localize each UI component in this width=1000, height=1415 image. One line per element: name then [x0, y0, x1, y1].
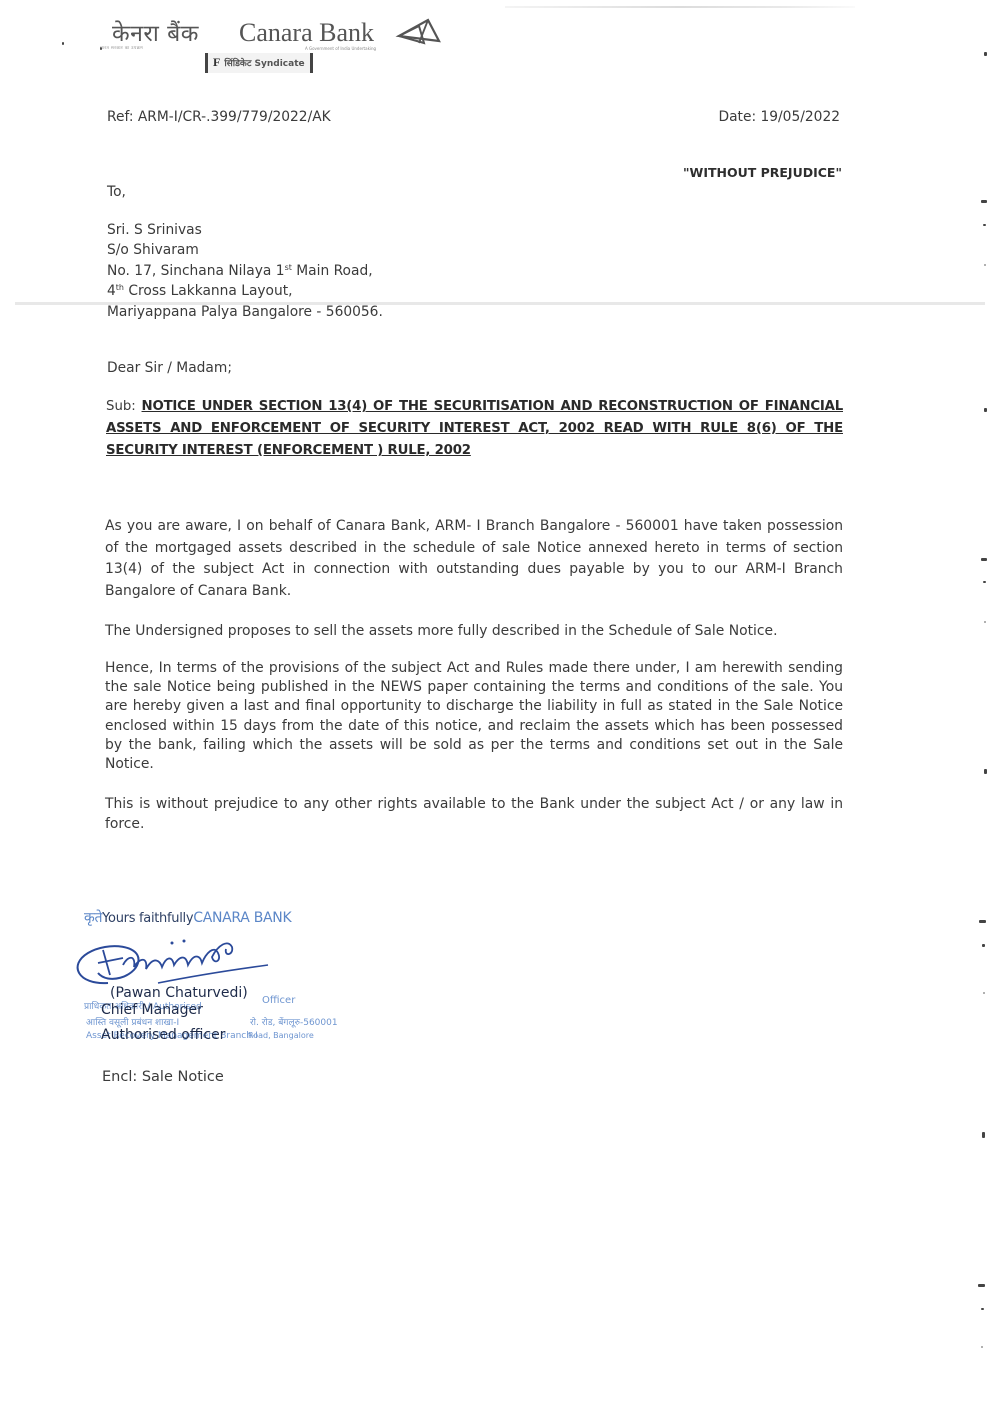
- syndicate-label-hindi: सिंडिकेट: [224, 59, 251, 69]
- subject-line: Sub: NOTICE UNDER SECTION 13(4) OF THE S…: [106, 396, 843, 462]
- syndicate-badge: Fसिंडिकेट Syndicate: [205, 53, 313, 73]
- stamp-bank: CANARA BANK: [193, 910, 291, 926]
- reference-number: Ref: ARM-I/CR-.399/779/2022/AK: [107, 107, 331, 128]
- letter-date: Date: 19/05/2022: [718, 107, 840, 128]
- stamp-line-3-right: Road, Bangalore: [248, 1031, 314, 1040]
- salutation: Dear Sir / Madam;: [107, 358, 232, 379]
- canara-bank-logo-icon: [395, 17, 441, 47]
- subject-text: NOTICE UNDER SECTION 13(4) OF THE SECURI…: [106, 399, 843, 458]
- bank-name-english: Canara Bank: [239, 18, 374, 48]
- closing: Yours faithfully: [102, 911, 193, 926]
- signatory-designation: Chief Manager: [101, 1002, 203, 1018]
- bank-tagline-hindi: भारत सरकार का उपक्रम: [100, 45, 143, 51]
- bank-tagline-english: A Government of India Undertaking: [305, 46, 376, 51]
- signatory-role: Authorised officer: [101, 1027, 225, 1043]
- recipient-relation: S/o Shivaram: [107, 240, 383, 260]
- scan-artifact-top: [505, 6, 855, 8]
- to-label: To,: [107, 182, 126, 203]
- signatory-name: (Pawan Chaturvedi): [110, 985, 248, 1001]
- body-paragraph-4: This is without prejudice to any other r…: [105, 795, 843, 834]
- address-line-3: Mariyappana Palya Bangalore - 560056.: [107, 302, 383, 322]
- bank-name-hindi: केनरा बैंक: [112, 16, 199, 48]
- stamp-line-2-right: रो. रोड, बेंगलूरु-560001: [250, 1015, 338, 1028]
- body-paragraph-2: The Undersigned proposes to sell the ass…: [105, 621, 843, 643]
- subject-prefix: Sub:: [106, 399, 142, 414]
- syndicate-f-icon: F: [213, 55, 220, 69]
- without-prejudice-marking: "WITHOUT PREJUDICE": [683, 165, 842, 180]
- body-paragraph-3: Hence, In terms of the provisions of the…: [105, 659, 843, 774]
- syndicate-label-english: Syndicate: [255, 59, 305, 69]
- recipient-name: Sri. S Srinivas: [107, 220, 383, 240]
- body-paragraph-1: As you are aware, I on behalf of Canara …: [105, 516, 843, 602]
- address-line-2: 4th Cross Lakkanna Layout,: [107, 281, 383, 301]
- stamp-prefix-hindi: कृते: [84, 910, 102, 926]
- stamp-line-1-right: Officer: [262, 995, 295, 1006]
- address-line-1: No. 17, Sinchana Nilaya 1st Main Road,: [107, 261, 383, 281]
- enclosure-note: Encl: Sale Notice: [102, 1067, 224, 1088]
- recipient-address: Sri. S Srinivas S/o Shivaram No. 17, Sin…: [107, 220, 383, 322]
